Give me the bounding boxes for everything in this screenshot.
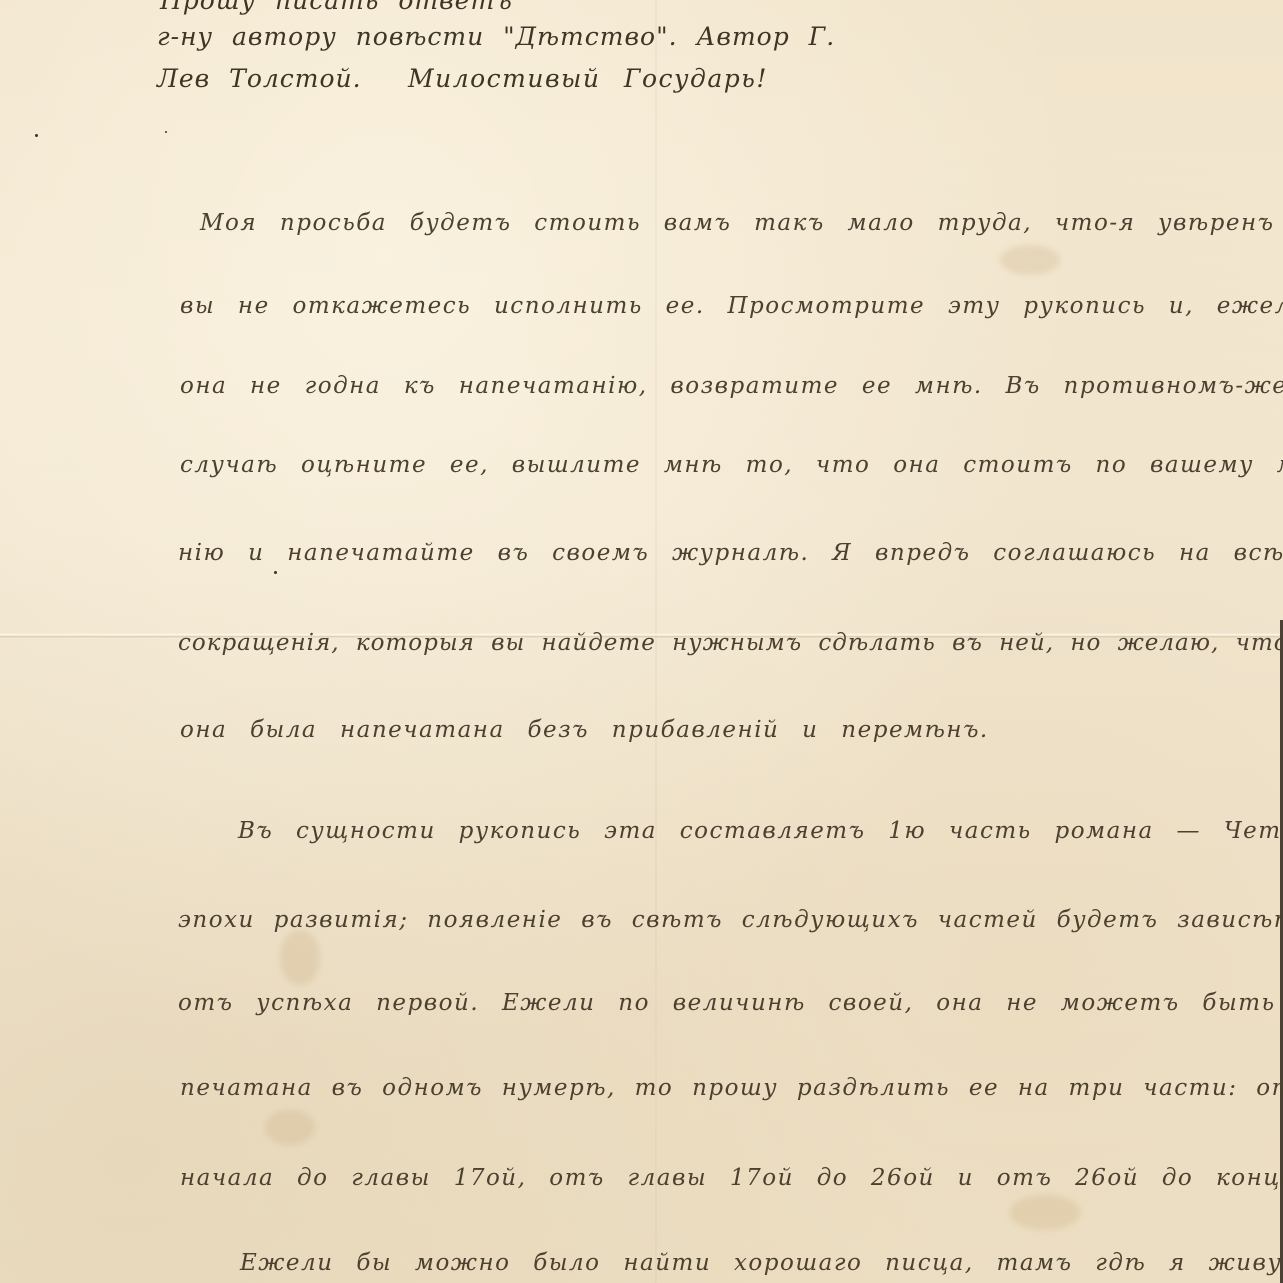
paper-stain (1000, 245, 1060, 275)
paper-stain (265, 1110, 315, 1145)
body-line-13: Ежели бы можно было найти хорошаго писца… (240, 1250, 1283, 1276)
ink-speck (274, 571, 277, 574)
margin-note-line-2: г-ну автору повѣсти "Дѣтство". Автор Г. (157, 22, 835, 51)
body-line-12: начала до главы 17ой, отъ главы 17ой до … (180, 1165, 1283, 1191)
body-line-11: печатана въ одномъ нумерѣ, то прошу разд… (180, 1075, 1283, 1101)
salutation: Милостивый Государь! (408, 64, 768, 93)
ink-speck (35, 134, 38, 137)
body-line-1: Моя просьба будетъ стоить вамъ такъ мало… (200, 210, 1283, 236)
body-line-9: эпохи развитія; появленіе въ свѣтъ слѣду… (178, 907, 1283, 933)
margin-note-line-1: Прошу писать ответъ (160, 0, 513, 15)
letter-page: Прошу писать ответъ г-ну автору повѣсти … (0, 0, 1283, 1283)
paper-stain (280, 930, 320, 985)
body-line-4: случаѣ оцѣните ее, вышлите мнѣ то, что о… (180, 452, 1283, 478)
paper-stain (1010, 1195, 1080, 1230)
margin-note-signature: Лев Толстой. (157, 64, 362, 93)
ink-speck (165, 131, 167, 133)
body-line-8: Въ сущности рукопись эта составляетъ 1ю … (238, 818, 1283, 844)
body-line-2: вы не откажетесь исполнить ее. Просмотри… (180, 293, 1283, 319)
body-line-10: отъ успѣха первой. Ежели по величинѣ сво… (178, 990, 1283, 1016)
body-line-5: нію и напечатайте въ своемъ журналѣ. Я в… (178, 540, 1283, 566)
body-line-6: сокращенія, которыя вы найдете нужнымъ с… (178, 630, 1283, 656)
body-line-3: она не годна къ напечатанію, возвратите … (180, 373, 1283, 399)
body-line-7: она была напечатана безъ прибавленій и п… (180, 717, 989, 743)
